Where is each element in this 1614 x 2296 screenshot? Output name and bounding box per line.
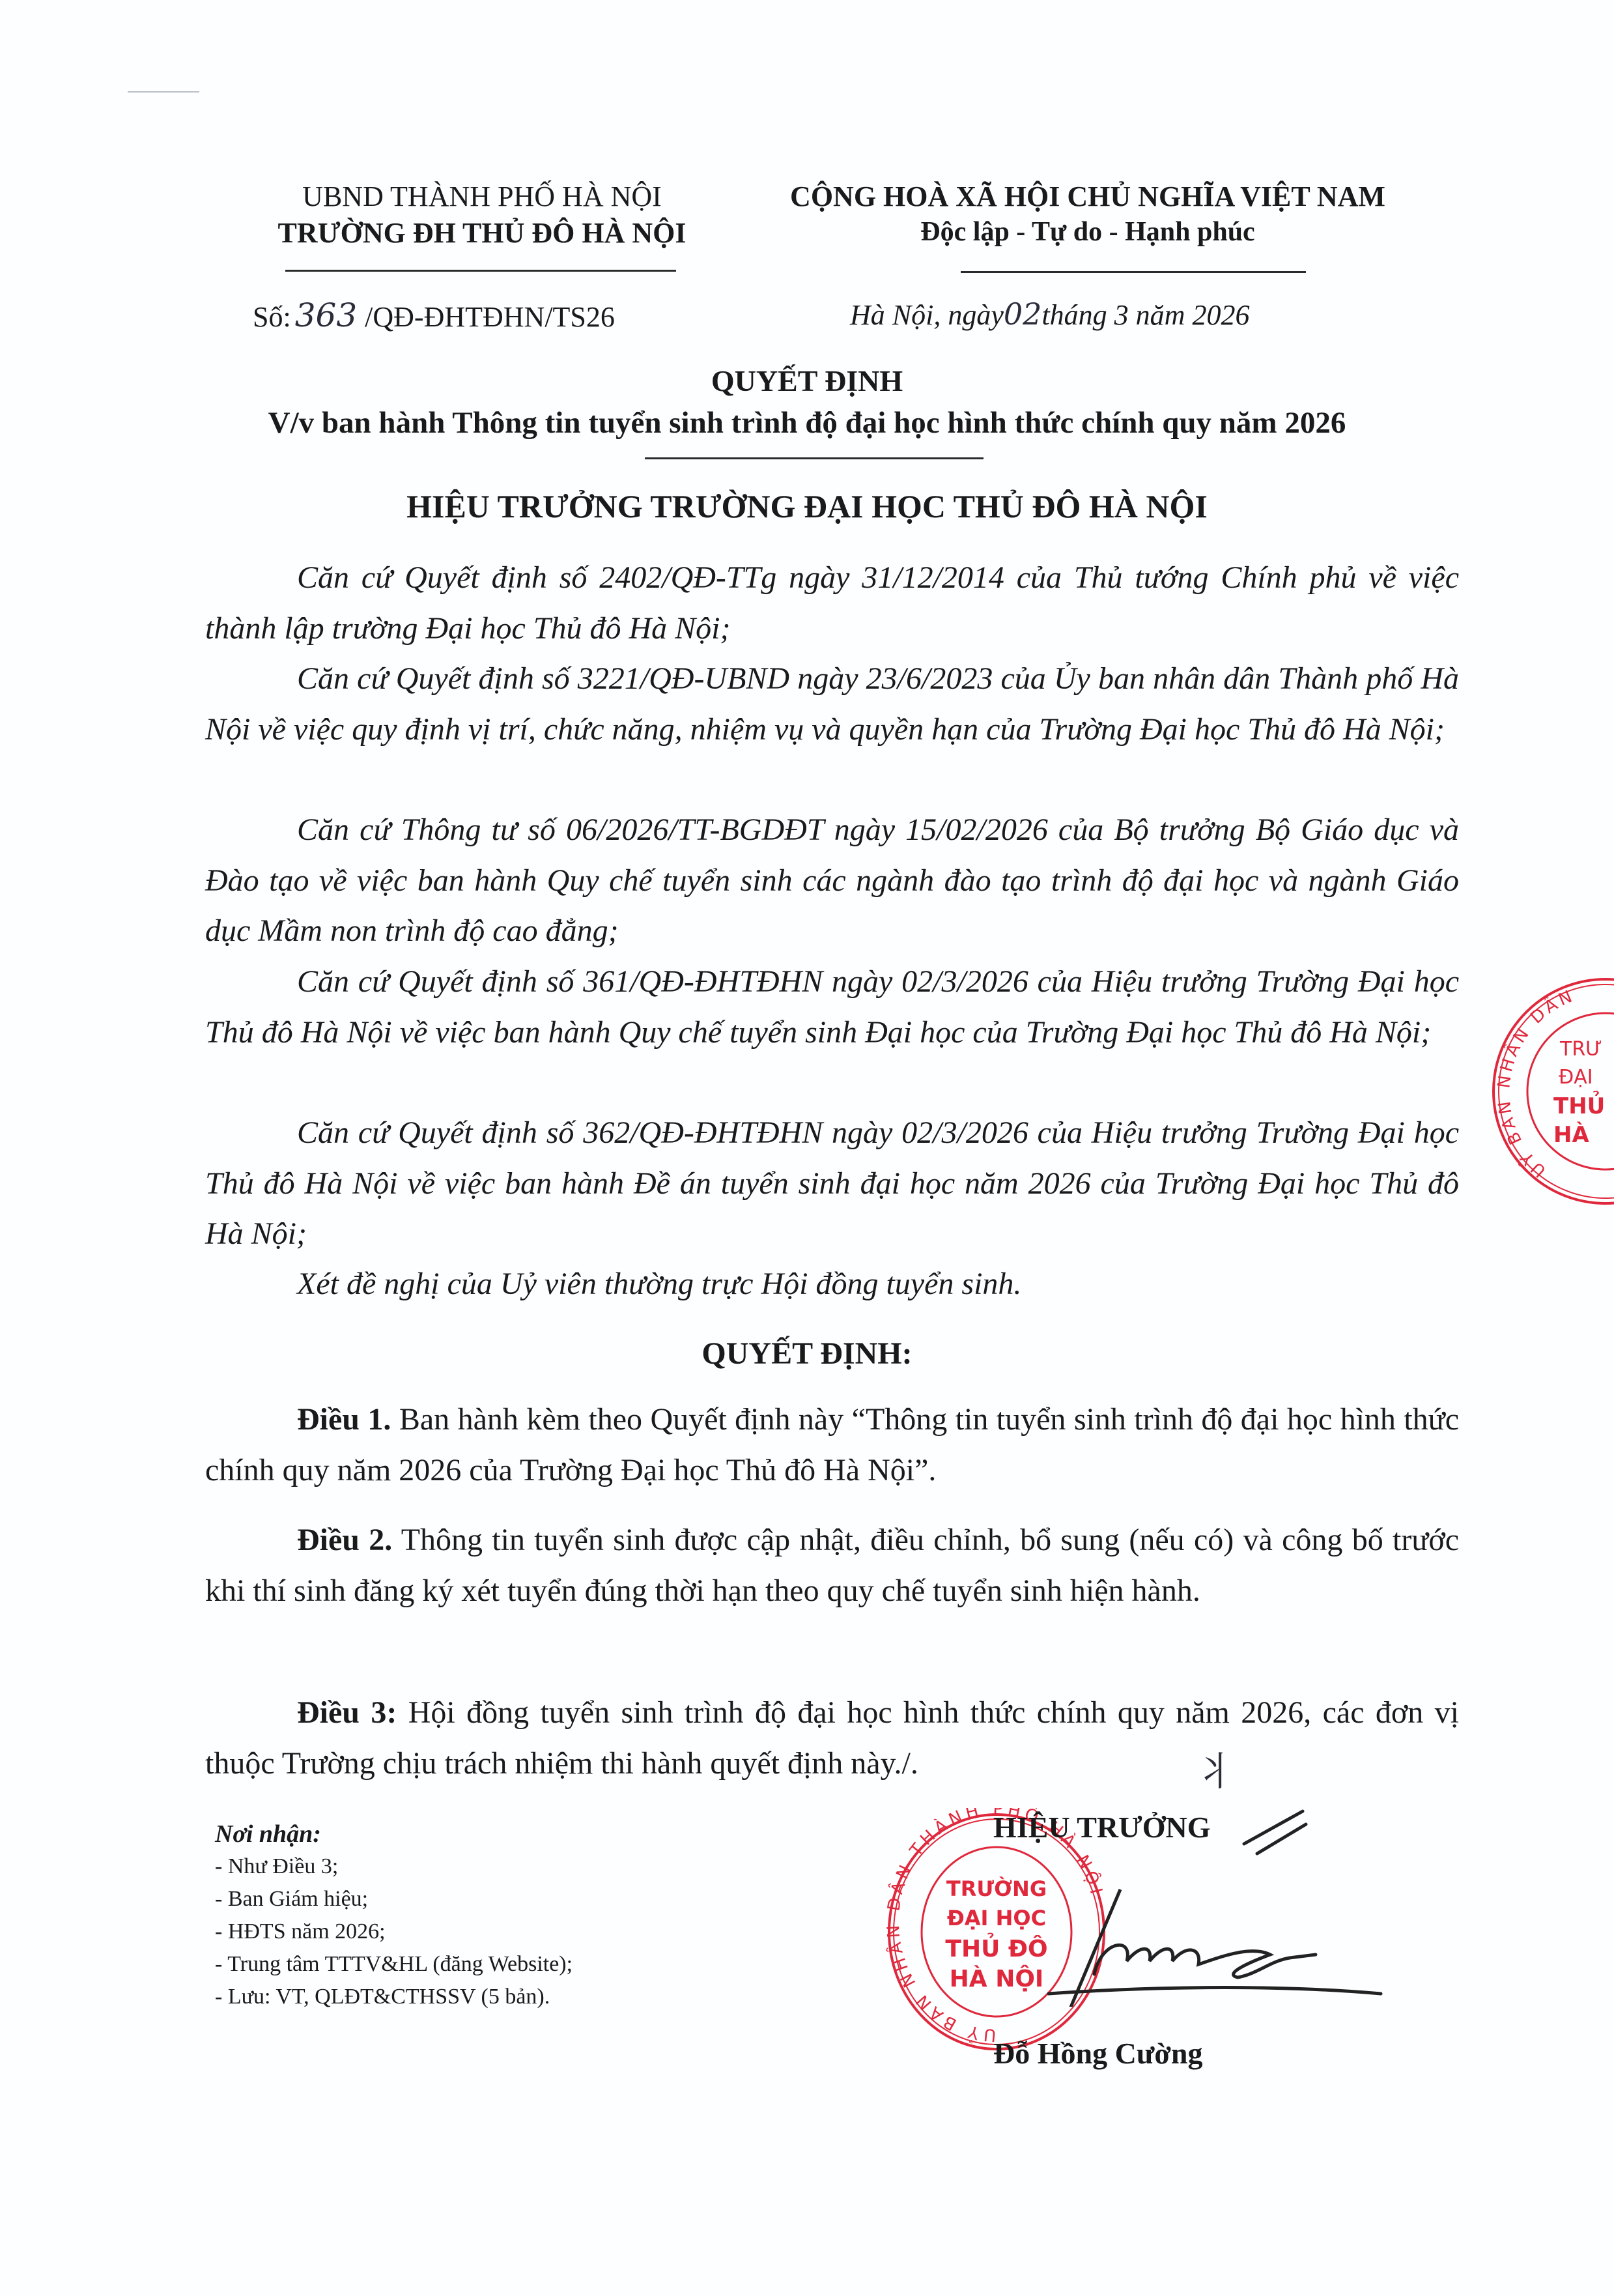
- agency-name: UBND THÀNH PHỐ HÀ NỘI: [248, 180, 716, 213]
- svg-text:TRƯ: TRƯ: [1559, 1038, 1602, 1061]
- svg-text:THỦ ĐÔ: THỦ ĐÔ: [945, 1932, 1047, 1962]
- scan-mark: [128, 91, 199, 93]
- date-suffix: tháng 3 năm 2026: [1041, 299, 1249, 331]
- left-header-rule: [285, 270, 676, 272]
- svg-text:HÀ NỘI: HÀ NỘI: [950, 1964, 1044, 1992]
- right-header-rule: [961, 271, 1306, 273]
- number-label: Số:: [253, 301, 291, 333]
- number-handwritten: 363: [295, 296, 357, 334]
- article-2: Điều 2. Thông tin tuyển sinh được cập nh…: [205, 1515, 1459, 1616]
- national-motto: Độc lập - Tự do - Hạnh phúc: [743, 216, 1433, 248]
- subject-underline: [645, 457, 984, 459]
- preamble-basis-2: Căn cứ Quyết định số 3221/QĐ-UBND ngày 2…: [205, 653, 1459, 754]
- recipients-block: Nơi nhận: - Như Điều 3; - Ban Giám hiệu;…: [215, 1818, 573, 2013]
- recipient-item: - HĐTS năm 2026;: [215, 1916, 573, 1948]
- article-2-text: Thông tin tuyển sinh được cập nhật, điều…: [205, 1523, 1459, 1608]
- date-prefix: Hà Nội, ngày: [850, 299, 1004, 331]
- national-title: CỘNG HOÀ XÃ HỘI CHỦ NGHĨA VIỆT NAM: [743, 180, 1433, 213]
- recipient-item: - Trung tâm TTTV&HL (đăng Website);: [215, 1948, 573, 1981]
- recipient-item: - Như Điều 3;: [215, 1850, 573, 1883]
- preamble-basis-5: Căn cứ Quyết định số 362/QĐ-ĐHTĐHN ngày …: [205, 1108, 1459, 1259]
- number-suffix: /QĐ-ĐHTĐHN/TS26: [365, 301, 615, 333]
- article-1-text: Ban hành kèm theo Quyết định này “Thông …: [205, 1402, 1459, 1487]
- page-edge-seal: UỶ BAN NHÂN DÂN TRƯ ĐẠI THỦ HÀ: [1488, 974, 1614, 1209]
- article-2-label: Điều 2.: [297, 1523, 392, 1557]
- svg-text:THỦ: THỦ: [1553, 1091, 1605, 1119]
- school-name: TRƯỜNG ĐH THỦ ĐÔ HÀ NỘI: [248, 216, 716, 250]
- recipient-item: - Lưu: VT, QLĐT&CTHSSV (5 bản).: [215, 1981, 573, 2013]
- article-3-label: Điều 3:: [297, 1695, 397, 1730]
- preamble-basis-1: Căn cứ Quyết định số 2402/QĐ-TTg ngày 31…: [205, 552, 1459, 653]
- article-1-label: Điều 1.: [297, 1402, 391, 1437]
- signature-scribble: [1042, 1798, 1498, 2007]
- decision-heading: QUYẾT ĐỊNH:: [0, 1336, 1614, 1371]
- preamble-proposal: Xét đề nghị của Uỷ viên thường trực Hội …: [205, 1259, 1459, 1310]
- preamble-basis-3: Căn cứ Thông tư số 06/2026/TT-BGDĐT ngày…: [205, 805, 1459, 956]
- preamble-basis-4: Căn cứ Quyết định số 361/QĐ-ĐHTĐHN ngày …: [205, 956, 1459, 1057]
- article-3: Điều 3: Hội đồng tuyển sinh trình độ đại…: [205, 1687, 1459, 1788]
- document-subject: V/v ban hành Thông tin tuyển sinh trình …: [0, 405, 1614, 440]
- document-date: Hà Nội, ngày02tháng 3 năm 2026: [850, 296, 1249, 332]
- svg-text:HÀ: HÀ: [1553, 1121, 1589, 1148]
- svg-text:ĐẠI: ĐẠI: [1559, 1066, 1593, 1089]
- svg-text:ĐẠI HỌC: ĐẠI HỌC: [947, 1906, 1046, 1930]
- document-number: Số:363/QĐ-ĐHTĐHN/TS26: [253, 296, 615, 334]
- initial-mark: ⺦: [1195, 1741, 1234, 1797]
- svg-text:TRƯỜNG: TRƯỜNG: [946, 1876, 1047, 1901]
- recipient-item: - Ban Giám hiệu;: [215, 1883, 573, 1916]
- article-1: Điều 1. Ban hành kèm theo Quyết định này…: [205, 1394, 1459, 1495]
- signer-name: Đỗ Hồng Cường: [993, 2036, 1202, 2071]
- document-heading: QUYẾT ĐỊNH: [0, 364, 1614, 398]
- issuing-authority: HIỆU TRƯỞNG TRƯỜNG ĐẠI HỌC THỦ ĐÔ HÀ NỘI: [0, 487, 1614, 525]
- date-day-handwritten: 02: [1004, 296, 1042, 332]
- recipients-title: Nơi nhận:: [215, 1818, 573, 1850]
